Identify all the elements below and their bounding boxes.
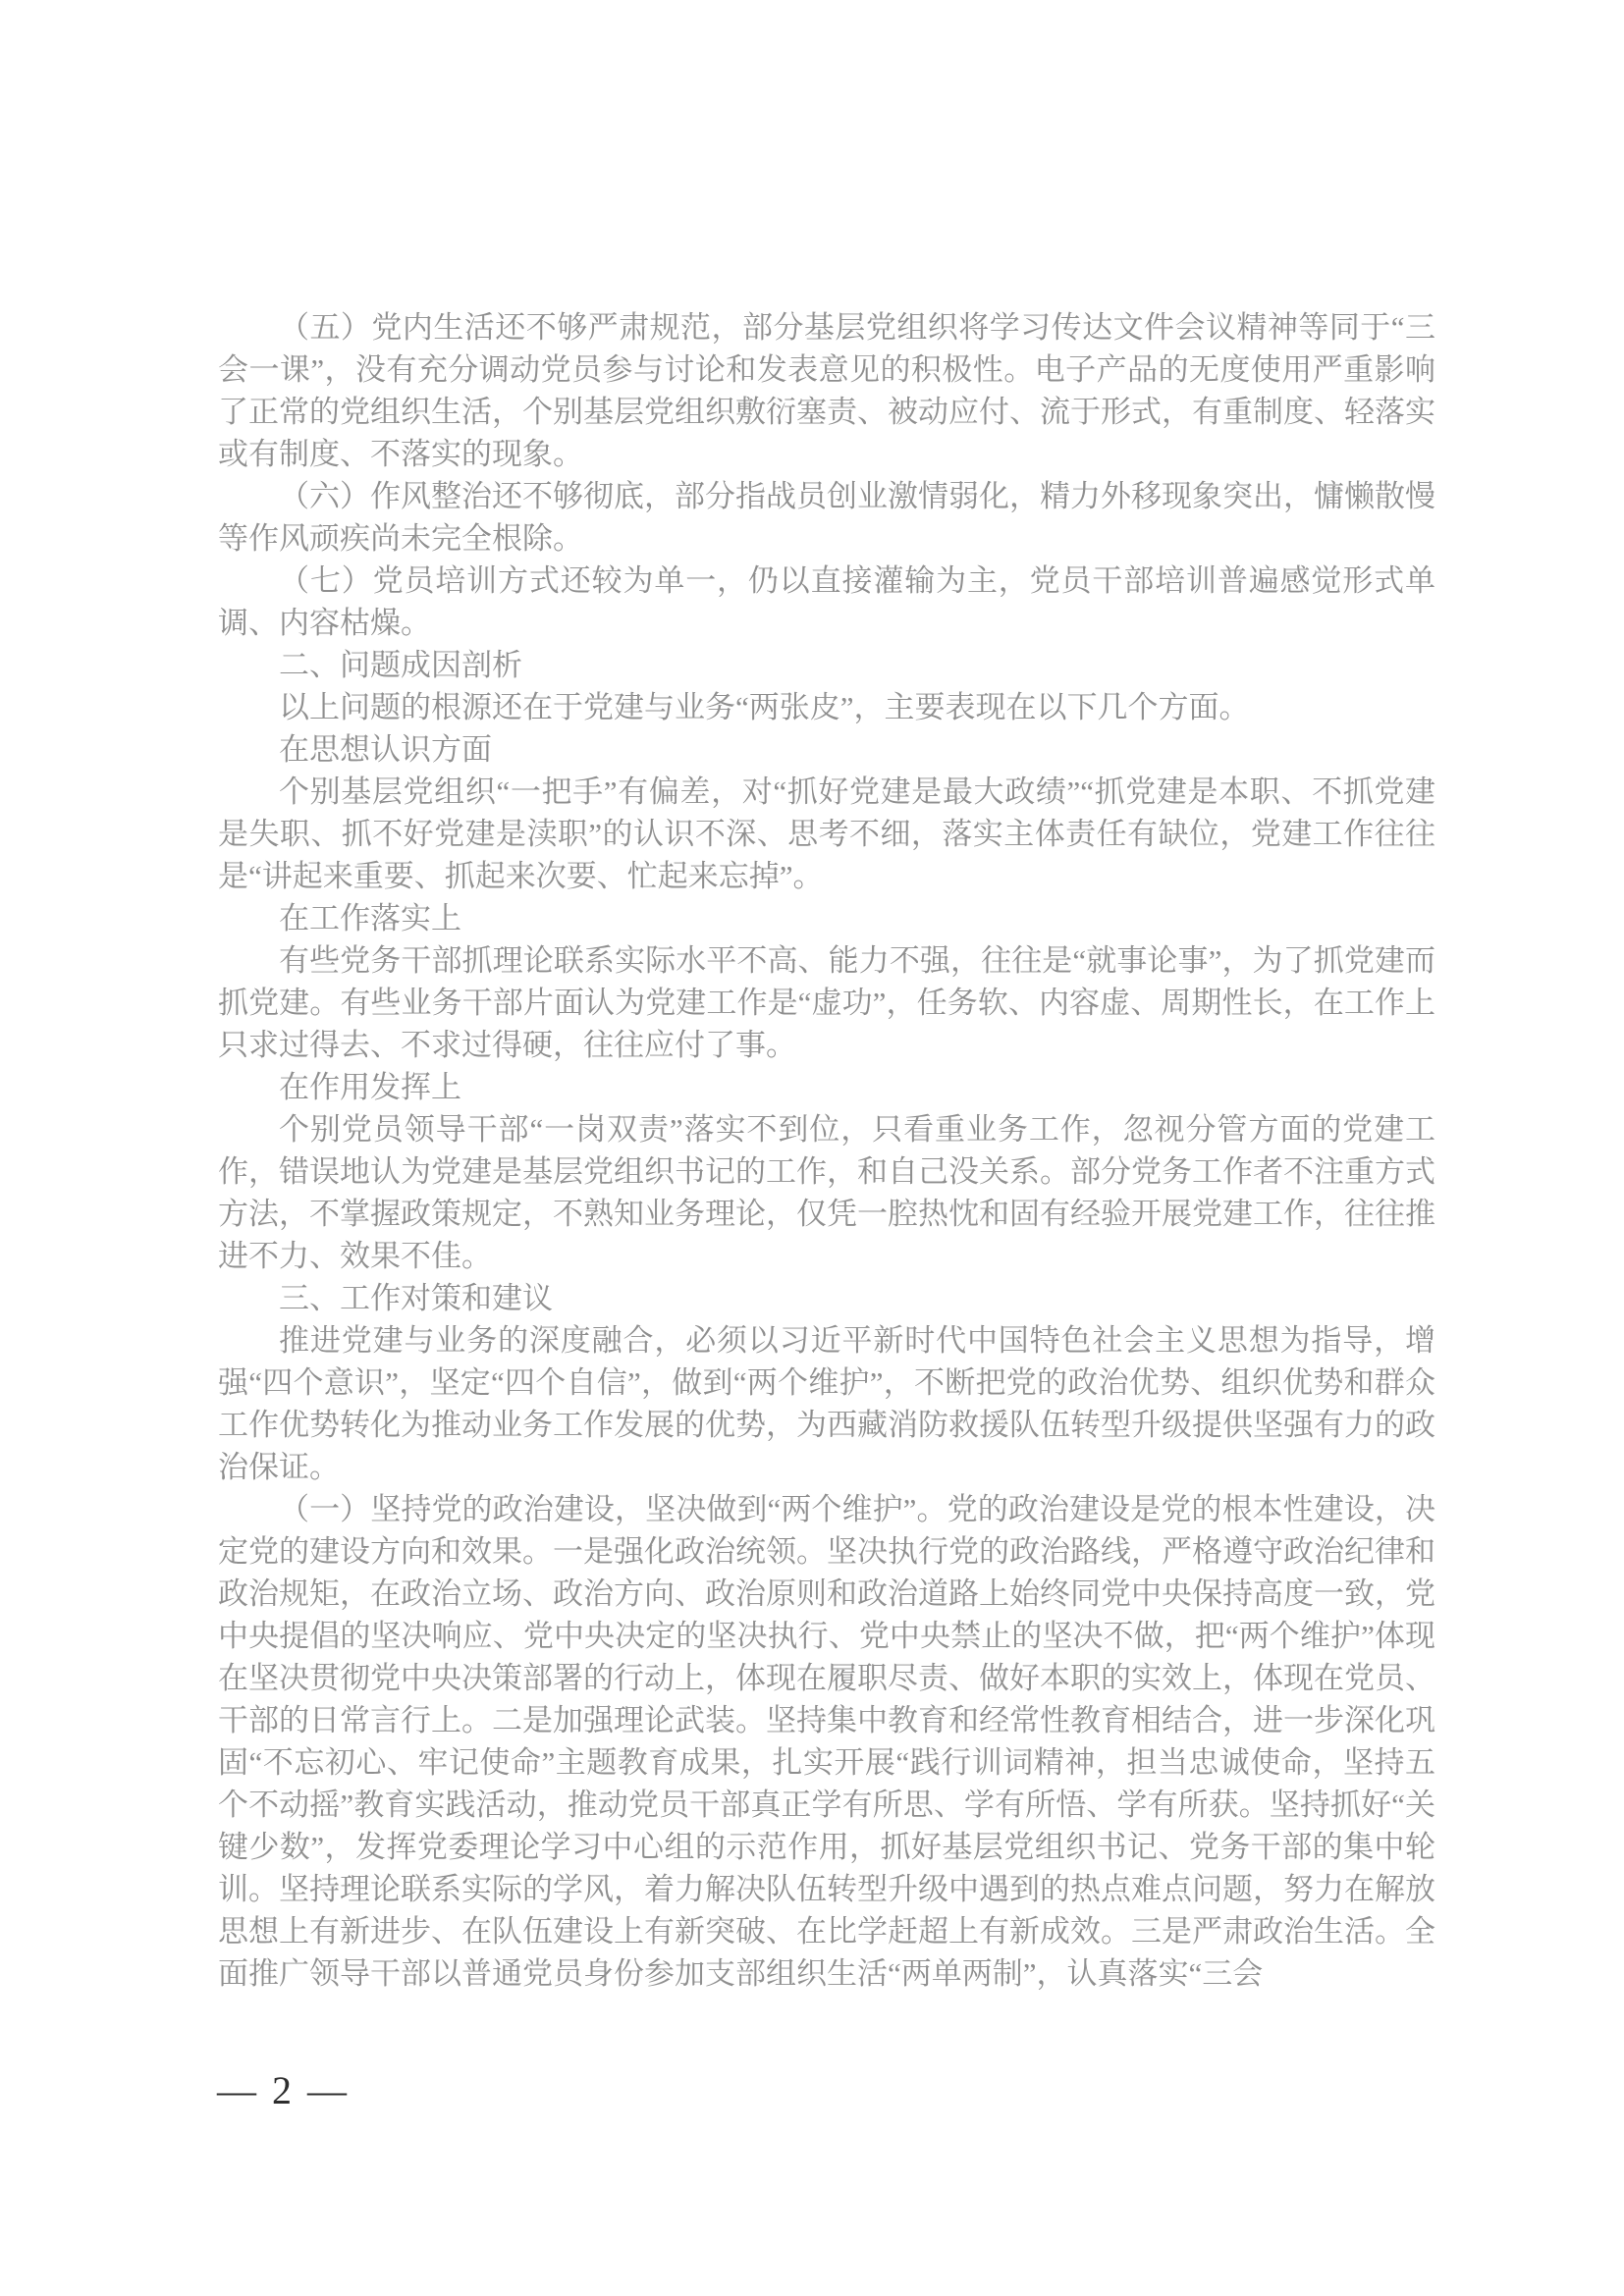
document-body: （五）党内生活还不够严肃规范，部分基层党组织将学习传达文件会议精神等同于“三会一… [218,306,1435,1995]
subheading-role-play: 在作用发挥上 [218,1066,1435,1108]
paragraph-causes-intro: 以上问题的根源还在于党建与业务“两张皮”，主要表现在以下几个方面。 [218,686,1435,728]
paragraph-issue-6: （六）作风整治还不够彻底，部分指战员创业激情弱化，精力外移现象突出，慵懒散慢等作… [218,475,1435,560]
paragraph-issue-7: （七）党员培训方式还较为单一，仍以直接灌输为主，党员干部培训普遍感觉形式单调、内… [218,560,1435,644]
document-page: （五）党内生活还不够严肃规范，部分基层党组织将学习传达文件会议精神等同于“三会一… [0,0,1624,2296]
subheading-work-implementation: 在工作落实上 [218,897,1435,939]
paragraph-suggestion-1: （一）坚持党的政治建设，坚决做到“两个维护”。党的政治建设是党的根本性建设，决定… [218,1488,1435,1995]
section-heading-suggestions: 三、工作对策和建议 [218,1277,1435,1319]
page-number: — 2 — [217,2069,350,2112]
paragraph-issue-5: （五）党内生活还不够严肃规范，部分基层党组织将学习传达文件会议精神等同于“三会一… [218,306,1435,475]
paragraph-role-play: 个别党员领导干部“一岗双责”落实不到位，只看重业务工作，忽视分管方面的党建工作，… [218,1108,1435,1277]
subheading-thought-awareness: 在思想认识方面 [218,728,1435,771]
section-heading-causes: 二、问题成因剖析 [218,644,1435,686]
paragraph-work-implementation: 有些党务干部抓理论联系实际水平不高、能力不强，往往是“就事论事”，为了抓党建而抓… [218,939,1435,1066]
paragraph-thought-awareness: 个别基层党组织“一把手”有偏差，对“抓好党建是最大政绩”“抓党建是本职、不抓党建… [218,771,1435,897]
paragraph-suggestions-intro: 推进党建与业务的深度融合，必须以习近平新时代中国特色社会主义思想为指导，增强“四… [218,1319,1435,1488]
